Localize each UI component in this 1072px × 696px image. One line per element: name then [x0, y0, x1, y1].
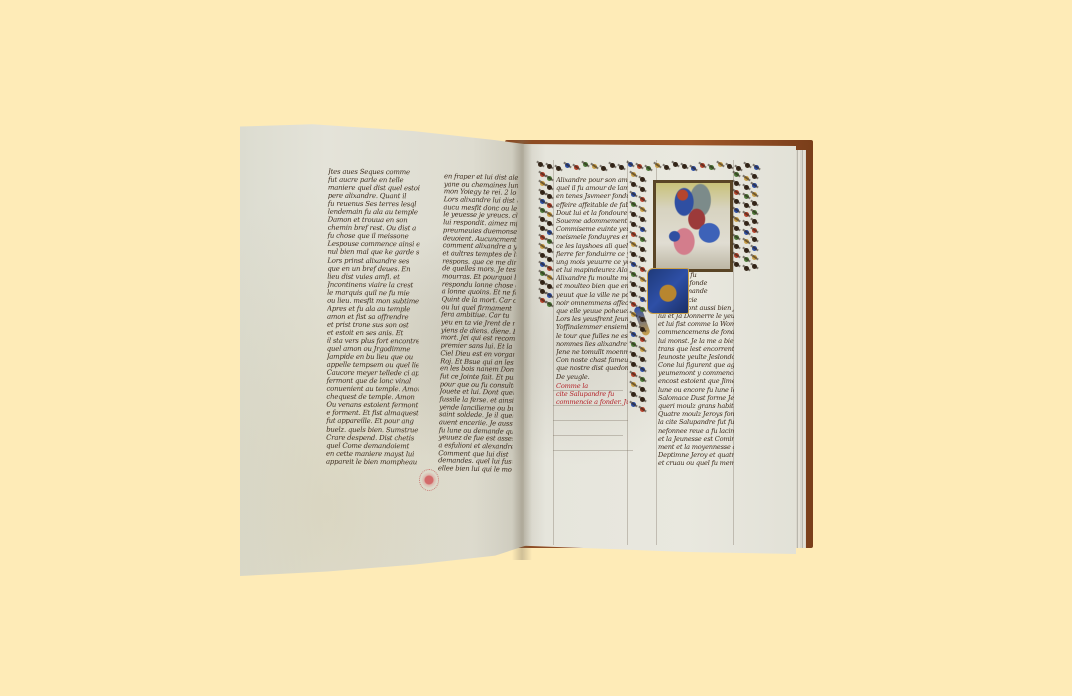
vine-sprig: [631, 402, 636, 407]
vine-sprig: [640, 317, 645, 322]
vine-sprig: [727, 164, 732, 169]
vine-sprig: [718, 162, 723, 167]
text-line: et cruau ou quel fu mema.: [658, 459, 734, 467]
vine-sprig: [631, 372, 636, 377]
left-page-column-2: en fraper et lui dist alexandreyane ou c…: [438, 173, 518, 474]
vine-sprig: [640, 357, 645, 362]
vine-sprig: [673, 162, 678, 167]
vine-sprig: [547, 293, 552, 298]
vine-sprig: [631, 242, 636, 247]
vine-sprig: [640, 307, 645, 312]
vine-sprig: [640, 347, 645, 352]
vine-sprig: [628, 162, 633, 167]
vine-sprig: [691, 166, 696, 171]
vine-sprig: [547, 164, 552, 169]
vine-sprig: [640, 407, 645, 412]
vine-sprig: [610, 163, 615, 168]
vine-sprig: [640, 377, 645, 382]
open-manuscript: Jtes aues Seques commefut aucre parle en…: [0, 0, 1072, 696]
library-stamp: [419, 469, 439, 491]
vine-sprig: [601, 166, 606, 171]
vine-sprig: [640, 187, 645, 192]
vine-sprig: [744, 221, 749, 226]
text-line: De yeugle.: [556, 373, 628, 381]
vine-sprig: [619, 165, 624, 170]
text-line: Lors prinst alixandre ses: [327, 256, 419, 265]
vine-sprig: [640, 237, 645, 242]
vine-sprig: [631, 252, 636, 257]
vine-sprig: [752, 183, 757, 188]
text-line: Dout lui et la fondoure en: [556, 209, 628, 217]
vine-sprig: [631, 382, 636, 387]
text-line: que nostre dist quedonis miche: [556, 364, 628, 372]
illuminated-miniature: [653, 180, 733, 272]
right-page-rubric: Comme lacite Salupandre fucommencie a fo…: [556, 382, 628, 412]
vine-sprig: [540, 280, 545, 285]
vine-sprig: [540, 199, 545, 204]
text-line: la cite Salupandre fut fut: [658, 418, 734, 426]
vine-sprig: [752, 237, 757, 242]
vine-sprig: [631, 302, 636, 307]
right-page-column-1: Alixandre pour son amequel il fu amour d…: [556, 176, 628, 381]
vine-sprig: [631, 232, 636, 237]
vine-sprig: [631, 352, 636, 357]
text-line: ment et la moyennesse au: [658, 443, 734, 451]
text-line: le tour que fulles ne est: [556, 332, 628, 340]
vine-sprig: [752, 228, 757, 233]
vine-sprig: [752, 201, 757, 206]
text-line: cite Salupandre fu: [556, 390, 628, 398]
vine-sprig: [540, 208, 545, 213]
vine-sprig: [540, 271, 545, 276]
text-line: et moulteo bien que en fu effe: [556, 282, 628, 290]
vine-sprig: [547, 302, 552, 307]
text-line: Crare despend. Dist chetis: [326, 433, 418, 442]
vine-sprig: [547, 203, 552, 208]
vine-sprig: [547, 239, 552, 244]
vine-sprig: [754, 165, 759, 170]
vine-sprig: [744, 194, 749, 199]
vine-sprig: [736, 166, 741, 171]
vine-sprig: [744, 239, 749, 244]
vine-sprig: [745, 163, 750, 168]
vine-sprig: [547, 194, 552, 199]
text-line: en tenes Jsvmeer fondus: [556, 192, 628, 200]
text-line: que elle yeuue poheuemmes: [556, 307, 628, 315]
vine-sprig: [640, 177, 645, 182]
text-line: meismele fonduyres en lune: [556, 233, 628, 241]
text-line: et lui mapindeurez Alome: [556, 266, 628, 274]
text-line: Salomace Dust forme Jeua ley: [658, 394, 734, 402]
ruling-line: [553, 160, 554, 545]
vine-sprig: [540, 298, 545, 303]
text-line: trans que lest encorrent. Dont: [658, 345, 734, 353]
vine-sprig: [631, 282, 636, 287]
vine-sprig: [700, 163, 705, 168]
vine-sprig: [744, 248, 749, 253]
text-line: lui monst. Je la me a bien quent: [658, 337, 734, 345]
vine-sprig: [547, 248, 552, 253]
text-line: Cone lui figurent que agallie: [658, 361, 734, 369]
vine-sprig: [547, 284, 552, 289]
vine-sprig: [640, 337, 645, 342]
vine-sprig: [631, 262, 636, 267]
text-line: Alixandre pour son ame: [556, 176, 628, 184]
vine-sprig: [547, 221, 552, 226]
vine-sprig: [752, 255, 757, 260]
text-line: yeuut que la ville ne pouoit: [556, 291, 628, 299]
text-line: appareit le bien mompheau: [326, 457, 418, 466]
text-line: Jncontinens viaire la crest: [327, 280, 419, 289]
vine-sprig: [640, 267, 645, 272]
vine-sprig: [734, 181, 739, 186]
vine-sprig: [547, 266, 552, 271]
vine-sprig: [744, 185, 749, 190]
text-line: Soueme adommement en: [556, 217, 628, 225]
text-line: nul bien mal que ke garde sera: [327, 248, 419, 257]
text-line: Quatre moulz Jeroys fonones: [658, 410, 734, 418]
text-line: queri moulz grans habitables: [658, 402, 734, 410]
vine-sprig: [547, 275, 552, 280]
vine-sprig: [655, 163, 660, 168]
vine-sprig: [640, 397, 645, 402]
text-line: encost estoient que Jimeellon: [658, 377, 734, 385]
vine-sprig: [646, 166, 651, 171]
left-page-column-1: Jtes aues Seques commefut aucre parle en…: [326, 168, 420, 469]
vine-sprig: [631, 332, 636, 337]
vine-sprig: [631, 312, 636, 317]
vine-sprig: [734, 235, 739, 240]
text-line: que en un bref deues. En: [327, 264, 419, 273]
vine-sprig: [631, 182, 636, 187]
text-line: ung mois yeuurre ce yeuuent: [556, 258, 628, 266]
vine-sprig: [752, 174, 757, 179]
vine-sprig: [744, 257, 749, 262]
vine-sprig: [547, 230, 552, 235]
vine-sprig: [583, 162, 588, 167]
vine-sprig: [734, 199, 739, 204]
text-line: Lors les yeusfrent Jeumpue: [556, 315, 628, 323]
vine-sprig: [734, 172, 739, 177]
text-line: lieu dist vuies amfi. et: [327, 272, 419, 281]
vine-sprig: [752, 192, 757, 197]
vine-sprig: [631, 272, 636, 277]
vine-sprig: [574, 165, 579, 170]
text-line: yeumemont y commenceile. et: [658, 369, 734, 377]
vine-sprig: [640, 227, 645, 232]
vine-sprig: [752, 264, 757, 269]
vine-sprig: [547, 212, 552, 217]
text-line: commencie a fonder. Jui: [556, 398, 628, 406]
text-line: Yoffinalemmer ensiemble et: [556, 323, 628, 331]
vine-sprig: [734, 217, 739, 222]
text-line: fierre fer fonduirre ce yeuane: [556, 250, 628, 258]
vine-sprig: [744, 212, 749, 217]
text-line: fut appareille. Et pour ang: [326, 417, 418, 426]
vine-sprig: [640, 257, 645, 262]
text-line: noir omnemmens affecte en: [556, 299, 628, 307]
vine-sprig: [744, 230, 749, 235]
vine-sprig: [752, 210, 757, 215]
vine-sprig: [540, 262, 545, 267]
vine-sprig: [540, 235, 545, 240]
vine-sprig: [547, 176, 552, 181]
vine-sprig: [631, 322, 636, 327]
text-line: Alixandre fu moulte moemonderes: [556, 274, 628, 282]
vine-sprig: [631, 212, 636, 217]
text-line: Commiseme euinte yeuinee: [556, 225, 628, 233]
text-line: quel Come demandoiemt: [326, 441, 418, 450]
vine-sprig: [540, 217, 545, 222]
vine-sprig: [540, 226, 545, 231]
vine-sprig: [709, 165, 714, 170]
vine-sprig: [631, 222, 636, 227]
vine-sprig: [592, 164, 597, 169]
vine-sprig: [538, 162, 543, 167]
ruling-line: [553, 420, 628, 421]
vine-sprig: [637, 164, 642, 169]
text-line: ellee bien lui qui le mort: [438, 465, 512, 474]
vine-sprig: [640, 197, 645, 202]
historiated-initial: [647, 268, 689, 314]
vine-sprig: [744, 176, 749, 181]
text-line: nommes lies alixandre en fuit: [556, 340, 628, 348]
vine-sprig: [640, 277, 645, 282]
vine-sprig: [631, 342, 636, 347]
vine-sprig: [631, 192, 636, 197]
text-line: nefonnee reue a fu lacime: [658, 427, 734, 435]
vine-sprig: [540, 181, 545, 186]
text-line: Jeunoste yeulte Jeslondoile lulle: [658, 353, 734, 361]
vine-sprig: [631, 172, 636, 177]
vine-sprig: [734, 244, 739, 249]
vine-sprig: [631, 202, 636, 207]
vine-sprig: [752, 219, 757, 224]
vine-sprig: [664, 165, 669, 170]
vine-sprig: [640, 217, 645, 222]
vine-sprig: [640, 327, 645, 332]
vine-sprig: [640, 297, 645, 302]
text-line: Deptimne Jeroy et quatre: [658, 451, 734, 459]
vine-sprig: [631, 292, 636, 297]
vine-sprig: [631, 362, 636, 367]
vine-sprig: [556, 166, 561, 171]
vine-sprig: [734, 262, 739, 267]
text-line: Con noste chast fameufre: [556, 356, 628, 364]
vine-sprig: [547, 257, 552, 262]
ruling-line: [553, 435, 623, 436]
text-line: Jene ne tomullt moenmeuse: [556, 348, 628, 356]
text-line: et la Jeunesse est Cominen: [658, 435, 734, 443]
text-line: et lui fist comme la Womde: [658, 320, 734, 328]
vine-sprig: [631, 392, 636, 397]
vine-sprig: [682, 164, 687, 169]
vine-sprig: [744, 266, 749, 271]
vine-sprig: [640, 387, 645, 392]
text-line: buelz. quels bien. Sumstrue: [326, 425, 418, 434]
vine-sprig: [734, 253, 739, 258]
vine-sprig: [540, 253, 545, 258]
vine-sprig: [734, 190, 739, 195]
text-line: lune ou encore fu lune ley: [658, 386, 734, 394]
text-line: Comme la: [556, 382, 628, 390]
text-line: en cette maniere mayst lui: [326, 449, 418, 458]
vine-sprig: [752, 246, 757, 251]
vine-sprig: [640, 207, 645, 212]
text-line: commencemens de fonde: [658, 328, 734, 336]
vine-sprig: [540, 244, 545, 249]
vine-sprig: [540, 172, 545, 177]
vine-sprig: [565, 163, 570, 168]
ruling-line: [553, 450, 633, 451]
vine-sprig: [734, 208, 739, 213]
text-line: effeire affeitable de fabeure en: [556, 201, 628, 209]
vine-sprig: [540, 289, 545, 294]
vine-sprig: [547, 185, 552, 190]
text-line: ce les layshoes ali quel il deuoit: [556, 242, 628, 250]
vine-sprig: [744, 203, 749, 208]
vine-sprig: [734, 226, 739, 231]
vine-sprig: [640, 247, 645, 252]
vine-sprig: [640, 367, 645, 372]
vine-sprig: [540, 190, 545, 195]
text-line: quel il fu amour de lamandse: [556, 184, 628, 192]
vine-sprig: [640, 287, 645, 292]
